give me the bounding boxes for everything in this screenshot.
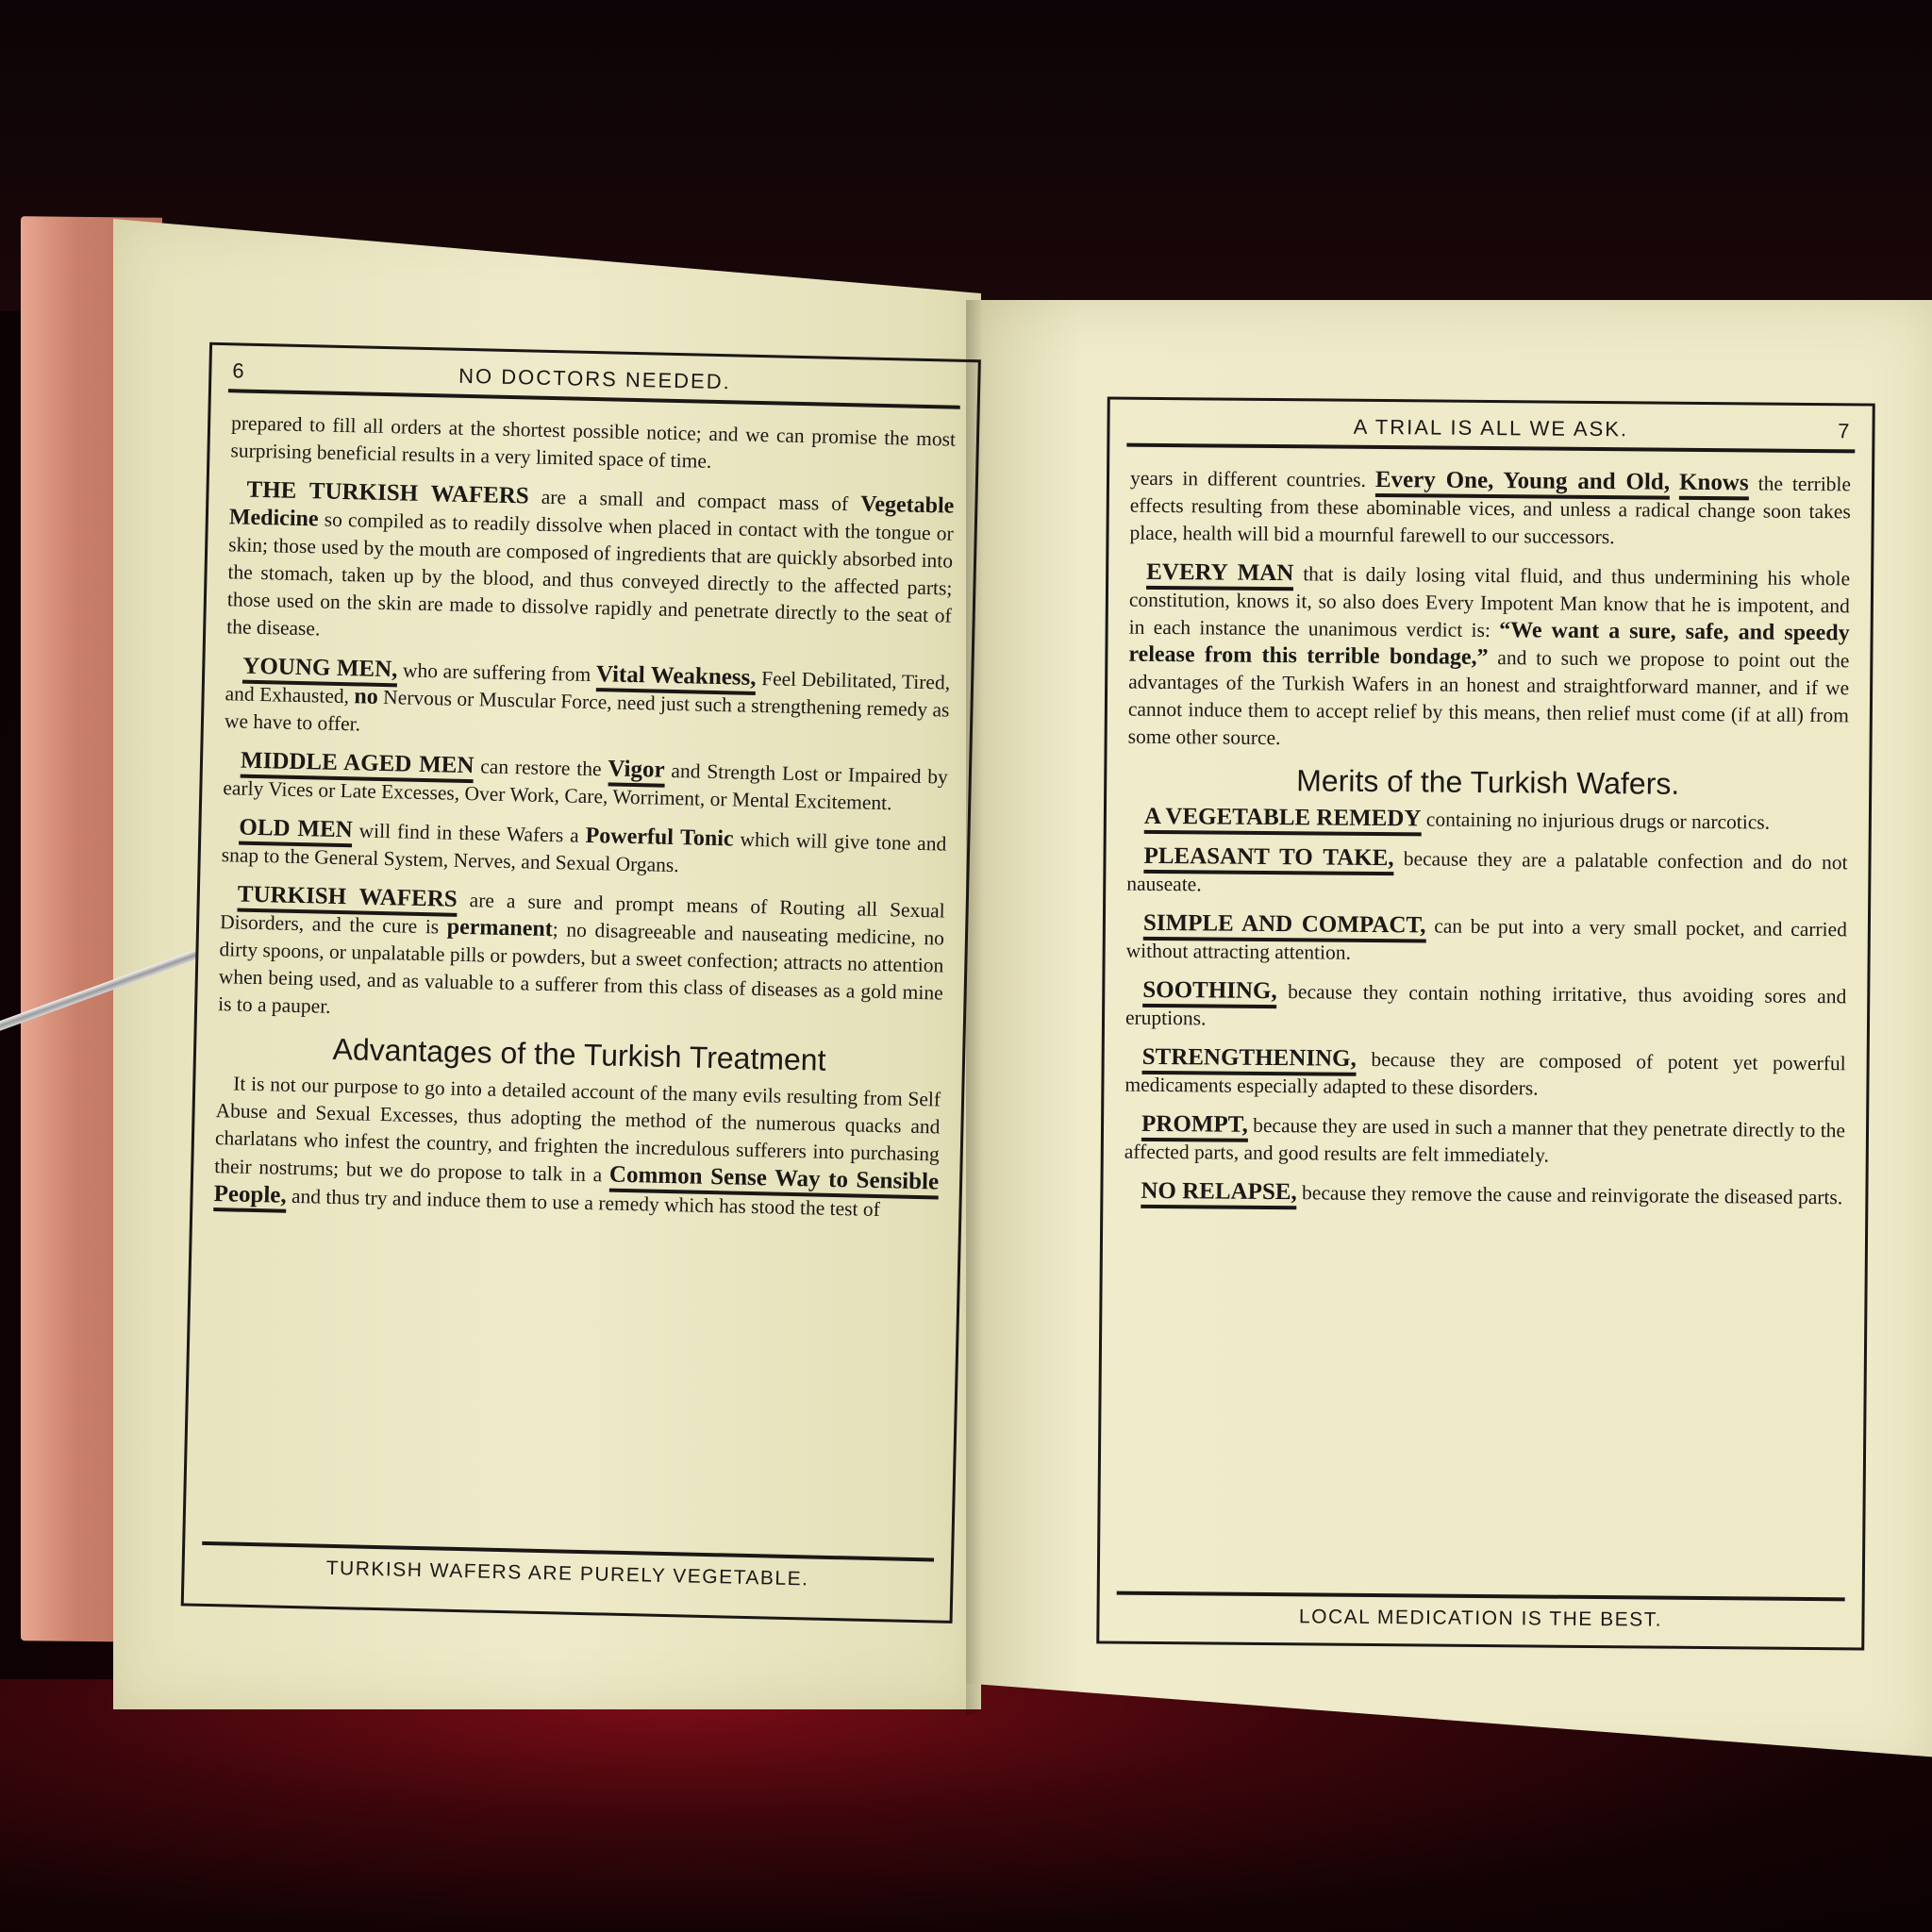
merit-item: SOOTHING, because they contain nothing i… — [1125, 976, 1846, 1039]
section-title: Merits of the Turkish Wafers. — [1127, 766, 1848, 800]
section-title: Advantages of the Turkish Treatment — [217, 1033, 941, 1076]
paragraph: years in different countries. Every One,… — [1129, 464, 1851, 554]
merit-item: SIMPLE AND COMPACT, can be put into a ve… — [1126, 909, 1847, 972]
paragraph: MIDDLE AGED MEN can restore the Vigor an… — [223, 746, 948, 818]
right-page-body: years in different countries. Every One,… — [1103, 463, 1872, 1211]
merit-item: PLEASANT TO TAKE, because they are a pal… — [1126, 842, 1847, 905]
paragraph: prepared to fill all orders at the short… — [230, 409, 956, 480]
right-page-frame: A TRIAL IS ALL WE ASK. 7 years in differ… — [1096, 396, 1875, 1650]
page-number: 6 — [232, 358, 246, 383]
merit-item: A VEGETABLE REMEDY containing no injurio… — [1127, 803, 1848, 838]
page-number: 7 — [1838, 419, 1851, 443]
page-footer: TURKISH WAFERS ARE PURELY VEGETABLE. — [184, 1554, 951, 1607]
paragraph: OLD MEN will find in these Wafers a Powe… — [221, 813, 946, 885]
paragraph: EVERY MAN that is daily losing vital flu… — [1128, 558, 1851, 758]
footer-rule — [1117, 1591, 1845, 1602]
left-page-body: prepared to fill all orders at the short… — [192, 409, 976, 1225]
running-head: A TRIAL IS ALL WE ASK. — [1143, 413, 1838, 443]
left-page-frame: 6 NO DOCTORS NEEDED. prepared to fill al… — [181, 342, 981, 1624]
paragraph: THE TURKISH WAFERS are a small and compa… — [226, 475, 955, 657]
merit-item: NO RELAPSE, because they remove the caus… — [1124, 1177, 1844, 1212]
paragraph: YOUNG MEN, who are suffering from Vital … — [225, 652, 951, 751]
merit-item: PROMPT, because they are used in such a … — [1124, 1110, 1845, 1173]
right-page-header: A TRIAL IS ALL WE ASK. 7 — [1109, 399, 1872, 449]
merit-item: STRENGTHENING, because they are composed… — [1124, 1043, 1845, 1106]
page-footer: LOCAL MEDICATION IS THE BEST. — [1099, 1604, 1861, 1646]
paragraph: It is not our purpose to go into a detai… — [213, 1070, 941, 1224]
paragraph: TURKISH WAFERS are a sure and prompt mea… — [218, 880, 945, 1034]
